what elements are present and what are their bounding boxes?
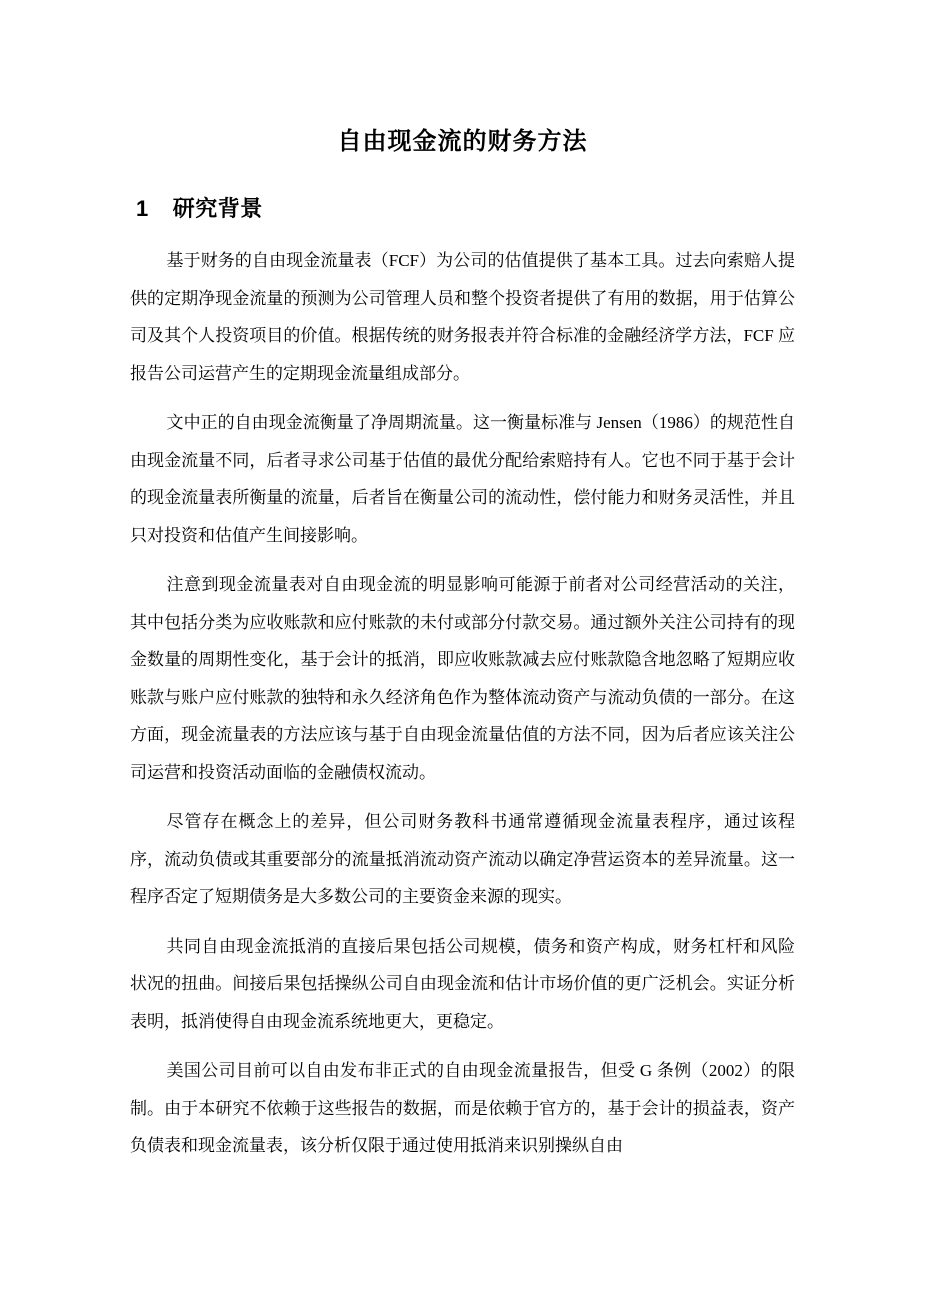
document-title: 自由现金流的财务方法 bbox=[130, 126, 795, 158]
body-paragraph: 注意到现金流量表对自由现金流的明显影响可能源于前者对公司经营活动的关注，其中包括… bbox=[130, 566, 795, 791]
section-heading: 1研究背景 bbox=[136, 194, 795, 224]
paragraphs-container: 基于财务的自由现金流量表（FCF）为公司的估值提供了基本工具。过去向索赔人提供的… bbox=[130, 242, 795, 1165]
section-number: 1 bbox=[136, 194, 149, 224]
document-page: 自由现金流的财务方法 1研究背景 基于财务的自由现金流量表（FCF）为公司的估值… bbox=[0, 0, 926, 1309]
section-title: 研究背景 bbox=[173, 196, 263, 221]
body-paragraph: 文中正的自由现金流衡量了净周期流量。这一衡量标准与 Jensen（1986）的规… bbox=[130, 404, 795, 554]
body-paragraph: 美国公司目前可以自由发布非正式的自由现金流量报告，但受 G 条例（2002）的限… bbox=[130, 1052, 795, 1165]
body-paragraph: 基于财务的自由现金流量表（FCF）为公司的估值提供了基本工具。过去向索赔人提供的… bbox=[130, 242, 795, 392]
body-paragraph: 共同自由现金流抵消的直接后果包括公司规模，债务和资产构成，财务杠杆和风险状况的扭… bbox=[130, 928, 795, 1041]
body-paragraph: 尽管存在概念上的差异，但公司财务教科书通常遵循现金流量表程序，通过该程序，流动负… bbox=[130, 803, 795, 916]
